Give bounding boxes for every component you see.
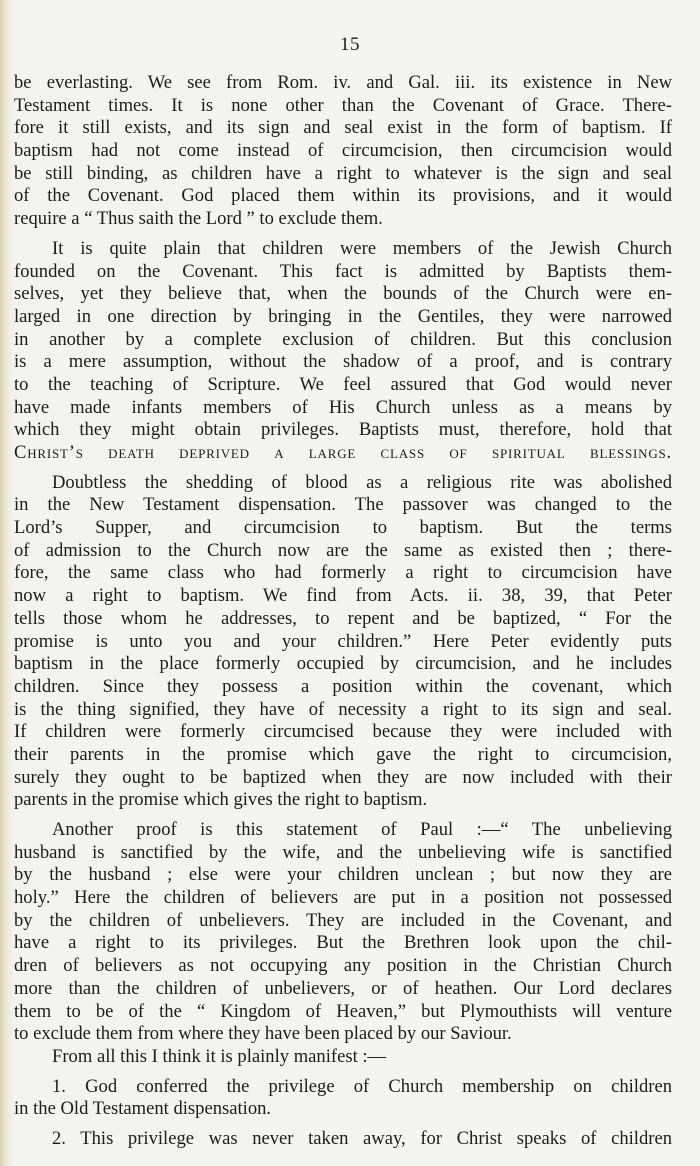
- text-line: Testament times. It is none other than t…: [14, 95, 672, 118]
- text-line: dren of believers as not occupying any p…: [14, 955, 672, 978]
- text-line: fore it still exists, and its sign and s…: [14, 117, 672, 140]
- text-line: have a right to its privileges. But the …: [14, 932, 672, 955]
- text-line: Lord’s Supper, and circumcision to bapti…: [14, 517, 672, 540]
- text-line: If children were formerly circumcised be…: [14, 721, 672, 744]
- text-line: to exclude them from where they have bee…: [14, 1023, 672, 1046]
- text-line: have made infants members of His Church …: [14, 397, 672, 420]
- text-line: From all this I think it is plainly mani…: [14, 1046, 672, 1069]
- paragraph-gap: [14, 1069, 672, 1076]
- text-line: larged in one direction by bringing in t…: [14, 306, 672, 329]
- text-line: be still binding, as children have a rig…: [14, 163, 672, 186]
- text-line: baptism in the place formerly occupied b…: [14, 653, 672, 676]
- text-line: surely they ought to be baptized when th…: [14, 767, 672, 790]
- text-line: in the New Testament dispensation. The p…: [14, 494, 672, 517]
- text-line: fore, the same class who had formerly a …: [14, 562, 672, 585]
- text-line: is the thing signified, they have of nec…: [14, 699, 672, 722]
- paragraph: It is quite plain that children were mem…: [14, 238, 672, 465]
- paragraph-gap: [14, 465, 672, 472]
- text-line: tells those whom he addresses, to repent…: [14, 608, 672, 631]
- text-line: 1. God conferred the privilege of Church…: [14, 1076, 672, 1099]
- text-line: by the husband ; else were your children…: [14, 864, 672, 887]
- text-line: by the children of unbelievers. They are…: [14, 910, 672, 933]
- text-line: of admission to the Church now are the s…: [14, 540, 672, 563]
- paragraph: Another proof is this statement of Paul …: [14, 819, 672, 1046]
- paragraph-gap: [14, 231, 672, 238]
- scanned-book-page: 15 be everlasting. We see from Rom. iv. …: [0, 0, 700, 1166]
- text-line: now a right to baptism. We find from Act…: [14, 585, 672, 608]
- text-line: founded on the Covenant. This fact is ad…: [14, 261, 672, 284]
- paragraph: 2. This privilege was never taken away, …: [14, 1128, 672, 1151]
- text-line: which they might obtain privileges. Bapt…: [14, 419, 672, 442]
- paragraph-gap: [14, 1121, 672, 1128]
- text-line: It is quite plain that children were mem…: [14, 238, 672, 261]
- text-line: selves, yet they believe that, when the …: [14, 283, 672, 306]
- text-line: baptism had not come instead of circumci…: [14, 140, 672, 163]
- text-line: promise is unto you and your children.” …: [14, 631, 672, 654]
- text-line: children. Since they possess a position …: [14, 676, 672, 699]
- text-line: in another by a complete exclusion of ch…: [14, 329, 672, 352]
- text-line: is a mere assumption, without the shadow…: [14, 351, 672, 374]
- text-line: be everlasting. We see from Rom. iv. and…: [14, 72, 672, 95]
- paragraph: be everlasting. We see from Rom. iv. and…: [14, 72, 672, 231]
- text-line: them to be of the “ Kingdom of Heaven,” …: [14, 1001, 672, 1024]
- text-line: holy.” Here the children of believers ar…: [14, 887, 672, 910]
- body-text: be everlasting. We see from Rom. iv. and…: [14, 72, 672, 1151]
- page-number: 15: [0, 34, 700, 56]
- text-line: of the Covenant. God placed them within …: [14, 185, 672, 208]
- text-line: their parents in the promise which gave …: [14, 744, 672, 767]
- paragraph: 1. God conferred the privilege of Church…: [14, 1076, 672, 1121]
- text-line: Doubtless the shedding of blood as a rel…: [14, 472, 672, 495]
- text-line: to the teaching of Scripture. We feel as…: [14, 374, 672, 397]
- text-line: parents in the promise which gives the r…: [14, 789, 672, 812]
- text-line: more than the children of unbelievers, o…: [14, 978, 672, 1001]
- text-line: Christ’s death deprived a large class of…: [14, 442, 672, 465]
- paragraph-gap: [14, 812, 672, 819]
- text-line: in the Old Testament dispensation.: [14, 1098, 672, 1121]
- text-line: 2. This privilege was never taken away, …: [14, 1128, 672, 1151]
- text-line: require a “ Thus saith the Lord ” to exc…: [14, 208, 672, 231]
- paragraph: Doubtless the shedding of blood as a rel…: [14, 472, 672, 812]
- paragraph: From all this I think it is plainly mani…: [14, 1046, 672, 1069]
- text-line: Another proof is this statement of Paul …: [14, 819, 672, 842]
- text-line: husband is sanctified by the wife, and t…: [14, 842, 672, 865]
